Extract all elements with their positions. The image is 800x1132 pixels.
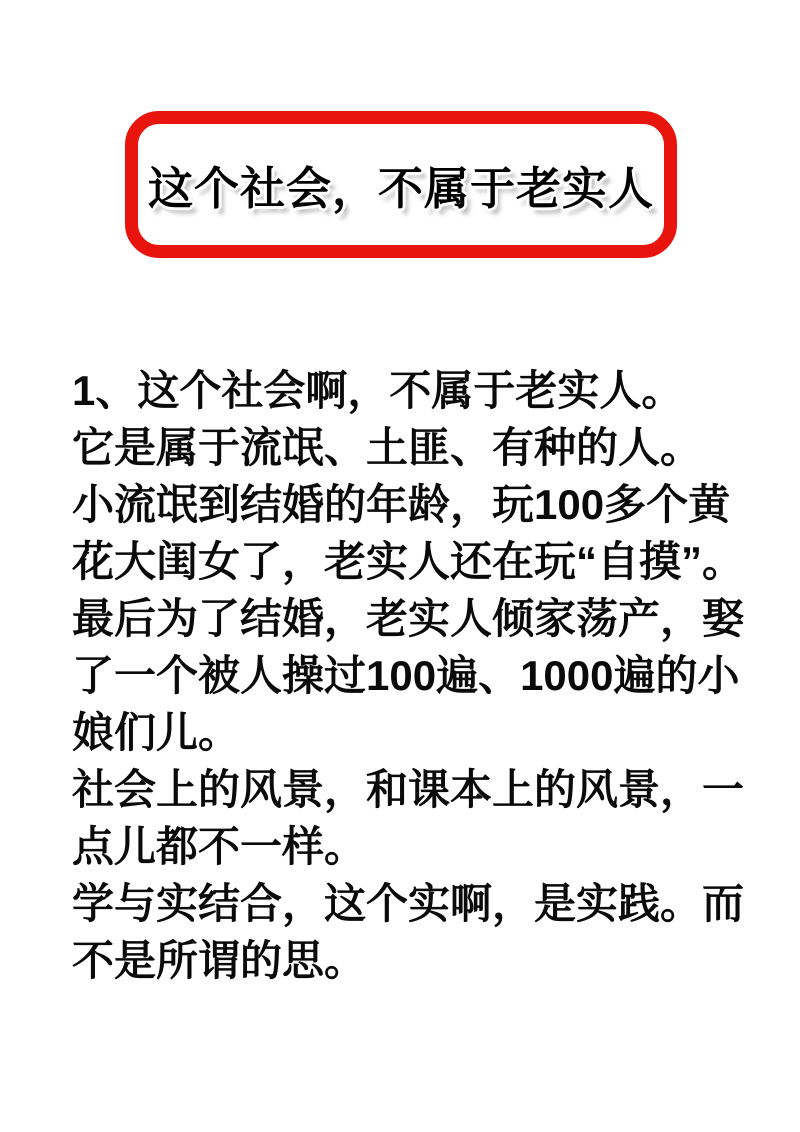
body-line: 小流氓到结婚的年龄，玩100多个黄 xyxy=(72,476,762,533)
body-line: 花大闺女了，老实人还在玩“自摸”。 xyxy=(72,533,762,590)
page: 这个社会，不属于老实人 1、这个社会啊，不属于老实人。它是属于流氓、土匪、有种的… xyxy=(0,0,800,1132)
body-line: 了一个被人操过100遍、1000遍的小 xyxy=(72,647,762,704)
body-line: 最后为了结婚，老实人倾家荡产，娶 xyxy=(72,590,762,647)
title-box: 这个社会，不属于老实人 xyxy=(125,111,677,258)
body-line: 1、这个社会啊，不属于老实人。 xyxy=(72,362,762,419)
page-title: 这个社会，不属于老实人 xyxy=(148,152,654,217)
body-line: 不是所谓的思。 xyxy=(72,932,762,989)
body-line: 学与实结合，这个实啊，是实践。而 xyxy=(72,875,762,932)
body-line: 娘们儿。 xyxy=(72,704,762,761)
body-line: 社会上的风景，和课本上的风景，一 xyxy=(72,761,762,818)
body-line: 它是属于流氓、土匪、有种的人。 xyxy=(72,419,762,476)
body-line: 点儿都不一样。 xyxy=(72,818,762,875)
body-text: 1、这个社会啊，不属于老实人。它是属于流氓、土匪、有种的人。小流氓到结婚的年龄，… xyxy=(72,362,762,989)
